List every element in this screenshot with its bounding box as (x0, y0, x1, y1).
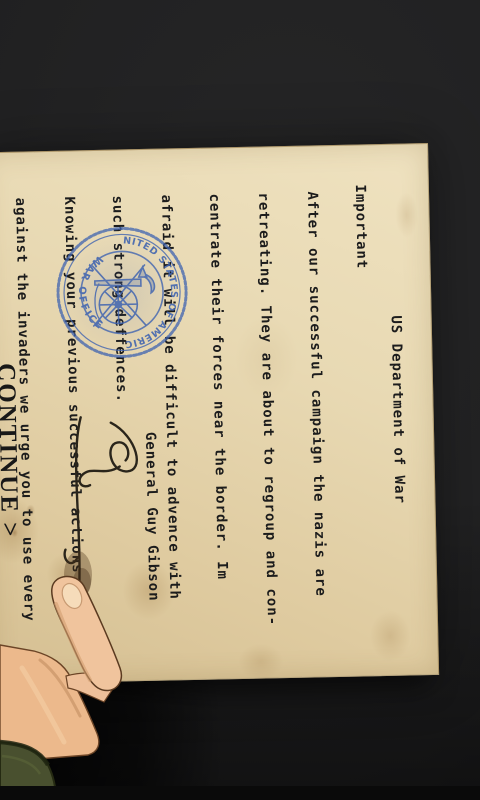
letter-body-line: retreating. They are about to regroup an… (255, 192, 280, 626)
letter-body-line: After our successful campaign the nazis … (303, 191, 328, 625)
hand-holding-paper (0, 540, 200, 800)
continue-arrow-icon: > (0, 522, 23, 539)
continue-label: CONTINUE (0, 363, 23, 514)
paper-stain (228, 635, 293, 688)
screen-edge (0, 786, 480, 800)
letter-importance-label: Important (352, 184, 370, 269)
briefing-scene: US Department of War Important After our… (0, 0, 480, 800)
seal-text-bottom: WAR OFFICE (75, 253, 106, 333)
paper-stain (361, 599, 420, 672)
letter-header: US Department of War (384, 145, 411, 675)
war-office-seal-icon: UNITED STATES OF AMERICA WAR OFFICE (52, 222, 193, 363)
letter-body-line: centrate their forces near the border. I… (206, 193, 231, 627)
game-screen: US Department of War Important After our… (0, 0, 480, 800)
svg-text:WAR OFFICE: WAR OFFICE (75, 253, 106, 333)
